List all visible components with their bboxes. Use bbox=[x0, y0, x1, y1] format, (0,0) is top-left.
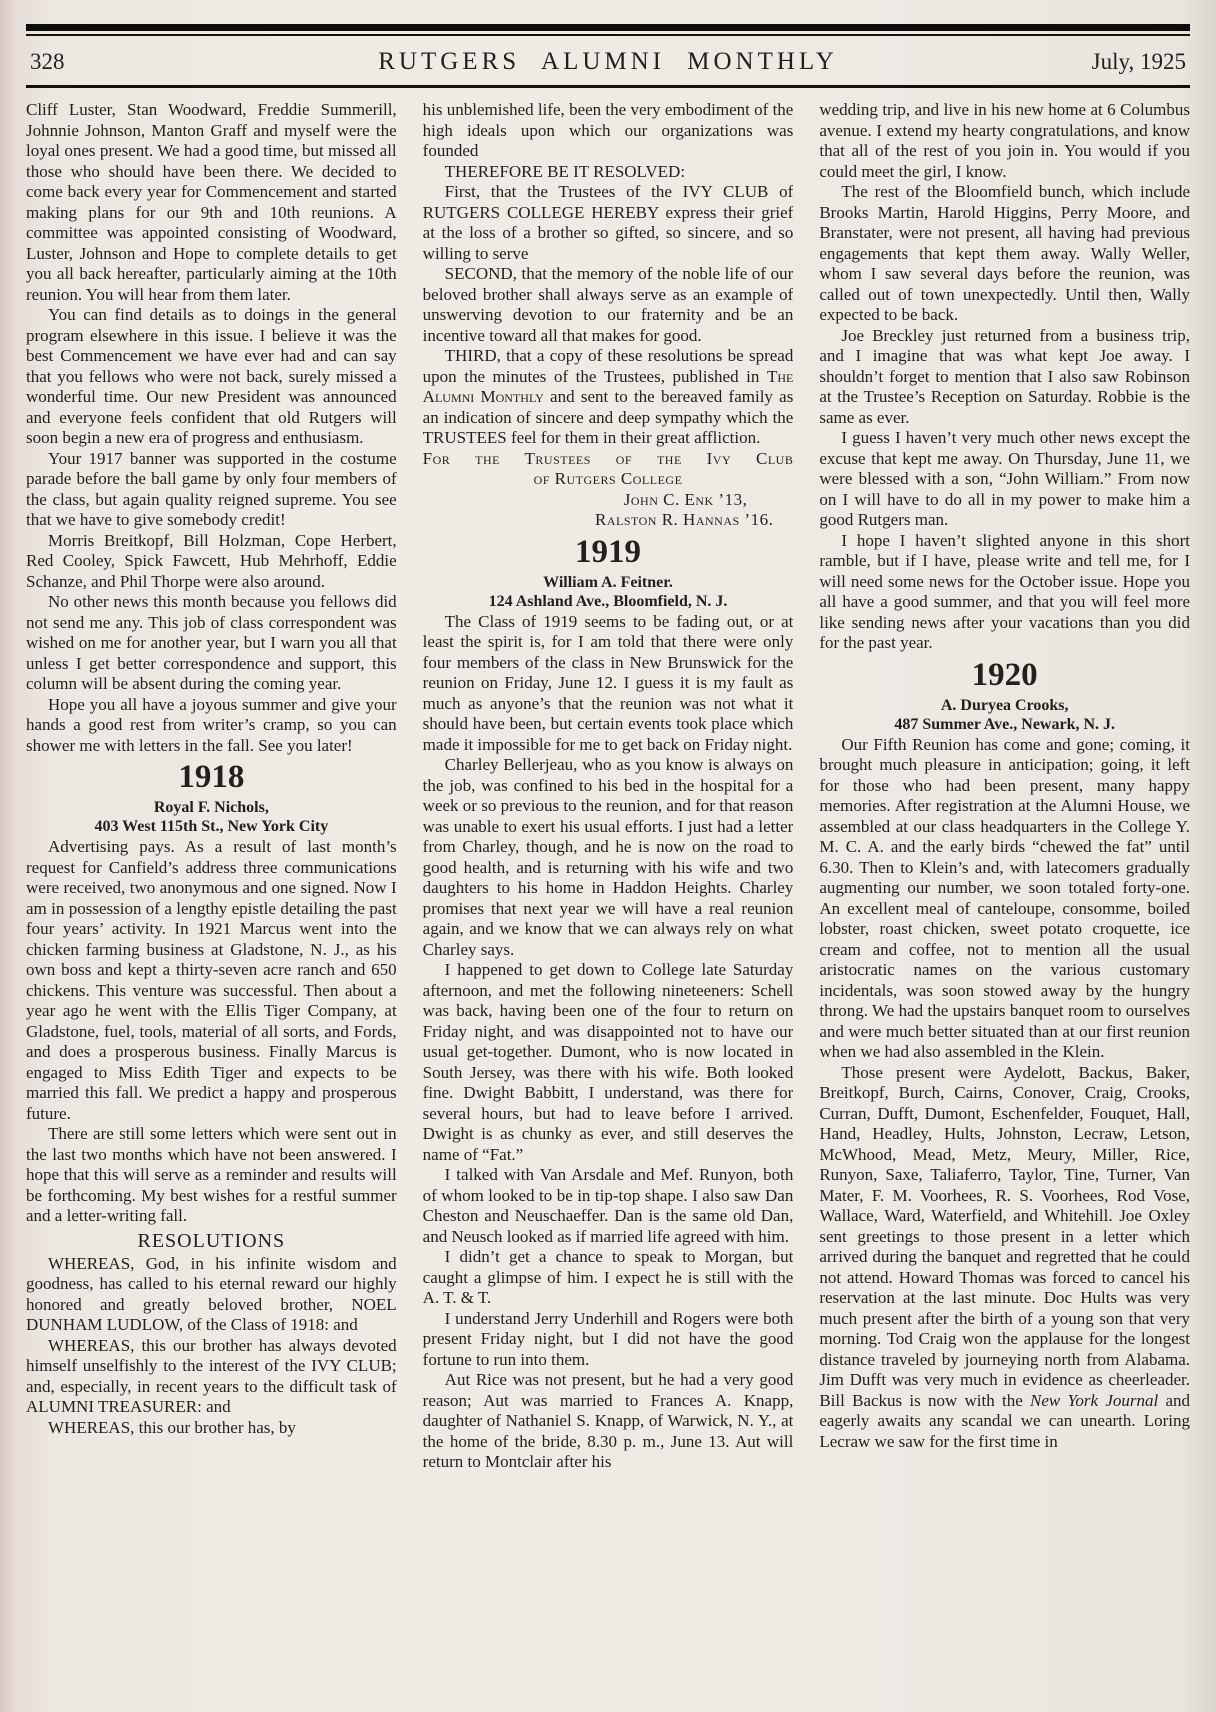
paragraph: Aut Rice was not present, but he had a v… bbox=[423, 1370, 794, 1473]
paragraph: Charley Bellerjeau, who as you know is a… bbox=[423, 755, 794, 960]
paragraph: WHEREAS, God, in his infinite wisdom and… bbox=[26, 1254, 397, 1336]
text-column-3: wedding trip, and live in his new home a… bbox=[819, 100, 1190, 1712]
class-year-heading: 1920 bbox=[819, 657, 1190, 694]
paragraph-continued: his unblemished life, been the very embo… bbox=[423, 100, 794, 162]
paragraph: There are still some letters which were … bbox=[26, 1124, 397, 1227]
paragraph: THIRD, that a copy of these resolutions … bbox=[423, 346, 794, 449]
paragraph: THEREFORE BE IT RESOLVED: bbox=[423, 162, 794, 183]
paragraph: Our Fifth Reunion has come and gone; com… bbox=[819, 735, 1190, 1063]
paragraph: Morris Breitkopf, Bill Holzman, Cope Her… bbox=[26, 531, 397, 593]
paragraph: SECOND, that the memory of the noble lif… bbox=[423, 264, 794, 346]
page-header: 328 RUTGERS ALUMNI MONTHLY July, 1925 bbox=[26, 36, 1190, 85]
paragraph: Hope you all have a joyous summer and gi… bbox=[26, 695, 397, 757]
text-column-1: Cliff Luster, Stan Woodward, Freddie Sum… bbox=[26, 100, 397, 1712]
header-bottom-rule bbox=[26, 85, 1190, 88]
paragraph: The rest of the Bloomfield bunch, which … bbox=[819, 182, 1190, 326]
correspondent-address: 487 Summer Ave., Newark, N. J. bbox=[819, 715, 1190, 734]
class-year-heading: 1919 bbox=[423, 534, 794, 571]
paragraph-continued: Cliff Luster, Stan Woodward, Freddie Sum… bbox=[26, 100, 397, 305]
paragraph: WHEREAS, this our brother has, by bbox=[26, 1418, 397, 1439]
paragraph: WHEREAS, this our brother has always dev… bbox=[26, 1336, 397, 1418]
signature-name: Ralston R. Hannas ’16. bbox=[423, 510, 794, 531]
paragraph: No other news this month because you fel… bbox=[26, 592, 397, 695]
paragraph-continued: wedding trip, and live in his new home a… bbox=[819, 100, 1190, 182]
magazine-page: 328 RUTGERS ALUMNI MONTHLY July, 1925 Cl… bbox=[0, 24, 1216, 1712]
correspondent-address: 124 Ashland Ave., Bloomfield, N. J. bbox=[423, 592, 794, 611]
paragraph: I understand Jerry Underhill and Rogers … bbox=[423, 1309, 794, 1371]
paragraph: Advertising pays. As a result of last mo… bbox=[26, 837, 397, 1124]
paragraph: Your 1917 banner was supported in the co… bbox=[26, 449, 397, 531]
correspondent-name: A. Duryea Crooks, bbox=[819, 696, 1190, 715]
paragraph: First, that the Trustees of the IVY CLUB… bbox=[423, 182, 794, 264]
paragraph: Joe Breckley just returned from a busine… bbox=[819, 326, 1190, 429]
top-rule-thick bbox=[26, 24, 1190, 31]
correspondent-name: Royal F. Nichols, bbox=[26, 798, 397, 817]
paragraph: I didn’t get a chance to speak to Morgan… bbox=[423, 1247, 794, 1309]
text-column-2: his unblemished life, been the very embo… bbox=[423, 100, 794, 1712]
paragraph: You can find details as to doings in the… bbox=[26, 305, 397, 449]
paragraph: I happened to get down to College late S… bbox=[423, 960, 794, 1165]
trustees-attribution-line: For the Trustees of the Ivy Club bbox=[423, 449, 794, 470]
resolutions-heading: RESOLUTIONS bbox=[26, 1229, 397, 1253]
correspondent-address: 403 West 115th St., New York City bbox=[26, 817, 397, 836]
page-number: 328 bbox=[30, 49, 200, 75]
paragraph: I talked with Van Arsdale and Mef. Runyo… bbox=[423, 1165, 794, 1247]
trustees-attribution-line: of Rutgers College bbox=[423, 469, 794, 490]
paragraph: I hope I haven’t slighted anyone in this… bbox=[819, 531, 1190, 654]
paragraph: The Class of 1919 seems to be fading out… bbox=[423, 612, 794, 756]
correspondent-name: William A. Feitner. bbox=[423, 573, 794, 592]
publication-title: RUTGERS ALUMNI MONTHLY bbox=[200, 48, 1016, 76]
text-columns: Cliff Luster, Stan Woodward, Freddie Sum… bbox=[26, 100, 1190, 1712]
paragraph: Those present were Aydelott, Backus, Bak… bbox=[819, 1063, 1190, 1453]
signature-name: John C. Enk ’13, bbox=[423, 490, 794, 511]
paragraph: I guess I haven’t very much other news e… bbox=[819, 428, 1190, 531]
class-year-heading: 1918 bbox=[26, 759, 397, 796]
issue-date: July, 1925 bbox=[1016, 49, 1186, 75]
